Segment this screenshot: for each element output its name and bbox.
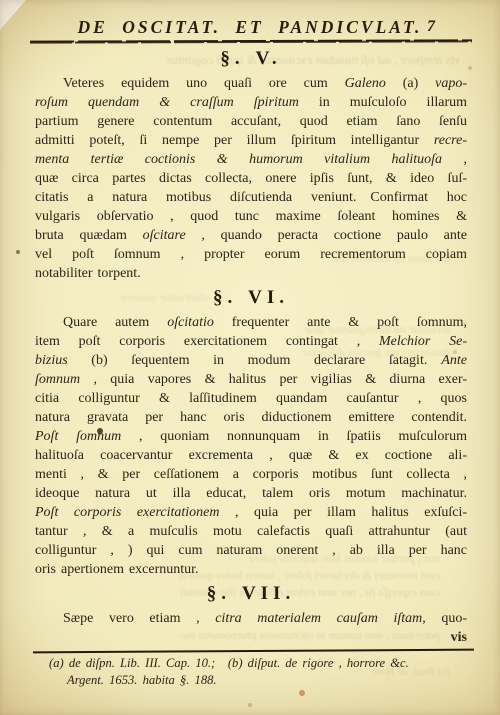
- italic-text: Poſt corporis exercitationem: [35, 505, 220, 520]
- text-line: ſomnum , quia vapores & halitus per vigi…: [35, 370, 467, 389]
- roman-text: vulgaris obſervatio , quod tunc maxime ſ…: [35, 209, 467, 224]
- footnote-line: Argent. 1653. habita §. 188.: [35, 672, 467, 689]
- roman-text: , quia vapores & halitus per vigilias & …: [80, 372, 467, 387]
- roman-text: menti , & per ceſſationem a corporis mot…: [35, 467, 467, 482]
- text-line: halituoſa coacervantur excrementa , quæ …: [35, 446, 467, 465]
- italic-text: ſomnum: [35, 372, 80, 387]
- text-line: notabiliter torpent.: [35, 264, 467, 283]
- text-line: Veteres equidem uno quaſi ore cum Galeno…: [35, 74, 467, 93]
- footnote-line: (a) de diſpn. Lib. III. Cap. 10.; (b) di…: [35, 655, 467, 672]
- italic-text: oſcitatio: [167, 315, 214, 330]
- roman-text: colliguntur , ) qui cum naturam onerent …: [35, 543, 467, 558]
- roman-text: tantur , & a muſculis motu calefactis qu…: [35, 524, 467, 539]
- text-line: admitti poteſt, ſi nempe per illum ſpiri…: [35, 131, 467, 150]
- roman-text: citia colliguntur & laſſitudinem quandam…: [35, 391, 467, 406]
- roman-text: notabiliter torpent.: [35, 266, 141, 281]
- text-line: bizius (b) ſequentem in modum declarare …: [35, 351, 467, 370]
- foxing-spot: [468, 66, 472, 70]
- italic-text: menta tertiæ coctionis & humorum vitaliu…: [35, 152, 442, 167]
- text-line: ideoque natura ut illa educat, talem ori…: [35, 484, 467, 503]
- foxing-spot: [248, 703, 252, 707]
- text-block: §. V.Veteres equidem uno quaſi ore cum G…: [35, 44, 467, 647]
- text-line: vel poſt ſomnum , propter eorum recremen…: [35, 245, 467, 264]
- italic-text: citra materialem cauſam iſtam: [215, 611, 422, 626]
- roman-text: Veteres equidem uno quaſi ore cum: [63, 76, 345, 91]
- text-line: citatis a natura motibus diſcutienda ven…: [35, 188, 467, 207]
- italic-text: Poſt ſomnum: [35, 429, 121, 444]
- roman-text: , quando peracta coctione paulo ante: [186, 228, 467, 243]
- catchword: vis: [35, 628, 467, 647]
- italic-text: oſcitare: [143, 228, 186, 243]
- footnote: (a) de diſpn. Lib. III. Cap. 10.; (b) di…: [35, 655, 467, 689]
- page-number: 7: [427, 18, 435, 36]
- section-heading: §. VI.: [35, 285, 467, 311]
- text-line: menta tertiæ coctionis & humorum vitaliu…: [35, 150, 467, 169]
- italic-text: roſum quendam & craſſum ſpiritum: [35, 95, 299, 110]
- roman-text: halituoſa coacervantur excrementa , quæ …: [35, 448, 467, 463]
- text-line: Quare autem oſcitatio frequenter ante & …: [35, 313, 467, 332]
- text-line: roſum quendam & craſſum ſpiritum in muſc…: [35, 93, 467, 112]
- italic-text: vapo-: [435, 76, 467, 91]
- text-line: citia colliguntur & laſſitudinem quandam…: [35, 389, 467, 408]
- italic-text: Melchior Se-: [379, 334, 467, 349]
- roman-text: quæ circa partes dictas collecta, onere …: [35, 171, 467, 186]
- roman-text: , quia per illam halitus exſuſci-: [220, 505, 468, 520]
- roman-text: admitti poteſt, ſi nempe per illum ſpiri…: [35, 133, 434, 148]
- roman-text: ideoque natura ut illa educat, talem ori…: [35, 486, 467, 501]
- foxing-spot: [16, 250, 20, 254]
- running-title: DE OSCITAT. ET PANDICVLAT.: [35, 17, 465, 38]
- text-line: bruta quædam oſcitare , quando peracta c…: [35, 226, 467, 245]
- running-header: DE OSCITAT. ET PANDICVLAT. 7: [35, 17, 465, 39]
- roman-text: , quoniam nonnunquam in ſpatiis muſculor…: [121, 429, 467, 444]
- roman-text: natura gravata per hanc oris diductionem…: [35, 410, 467, 425]
- roman-text: ,: [442, 152, 467, 167]
- book-page-scan: vis tempore , ad oſcitandum excitantur &…: [0, 0, 500, 715]
- roman-text: (a): [386, 76, 435, 91]
- roman-text: bruta quædam: [35, 228, 143, 243]
- text-line: oris apertionem excernuntur.: [35, 560, 467, 579]
- text-line: colliguntur , ) qui cum naturam onerent …: [35, 541, 467, 560]
- italic-text: recre-: [434, 133, 467, 148]
- text-line: tantur , & a muſculis motu calefactis qu…: [35, 522, 467, 541]
- roman-text: oris apertionem excernuntur.: [35, 562, 199, 577]
- roman-text: , quo-: [422, 611, 467, 626]
- section-heading: §. VII.: [35, 581, 467, 607]
- text-line: menti , & per ceſſationem a corporis mot…: [35, 465, 467, 484]
- text-line: quæ circa partes dictas collecta, onere …: [35, 169, 467, 188]
- roman-text: vel poſt ſomnum , propter eorum recremen…: [35, 247, 467, 262]
- roman-text: in muſculoſo illarum: [299, 95, 467, 110]
- roman-text: citatis a natura motibus diſcutienda ven…: [35, 190, 467, 205]
- roman-text: item poſt corporis exercitationem contin…: [35, 334, 379, 349]
- roman-text: Sæpe vero etiam ,: [63, 611, 215, 626]
- italic-text: Galeno: [345, 76, 386, 91]
- roman-text: Quare autem: [63, 315, 167, 330]
- foxing-spot: [299, 690, 305, 696]
- text-line: item poſt corporis exercitationem contin…: [35, 332, 467, 351]
- text-line: Poſt ſomnum , quoniam nonnunquam in ſpat…: [35, 427, 467, 446]
- italic-text: Ante: [441, 353, 467, 368]
- text-line: Sæpe vero etiam , citra materialem cauſa…: [35, 609, 467, 628]
- roman-text: vis: [451, 630, 467, 645]
- text-line: Poſt corporis exercitationem , quia per …: [35, 503, 467, 522]
- italic-text: bizius: [35, 353, 68, 368]
- footnote-rule: [33, 649, 474, 654]
- page-corner: [0, 0, 26, 30]
- text-line: partium genere contentum accuſant, quod …: [35, 112, 467, 131]
- roman-text: frequenter ante & poſt ſomnum,: [214, 315, 467, 330]
- text-line: natura gravata per hanc oris diductionem…: [35, 408, 467, 427]
- roman-text: (b) ſequentem in modum declarare ſatagit…: [68, 353, 442, 368]
- text-line: vulgaris obſervatio , quod tunc maxime ſ…: [35, 207, 467, 226]
- section-heading: §. V.: [35, 46, 467, 72]
- roman-text: partium genere contentum accuſant, quod …: [35, 114, 467, 129]
